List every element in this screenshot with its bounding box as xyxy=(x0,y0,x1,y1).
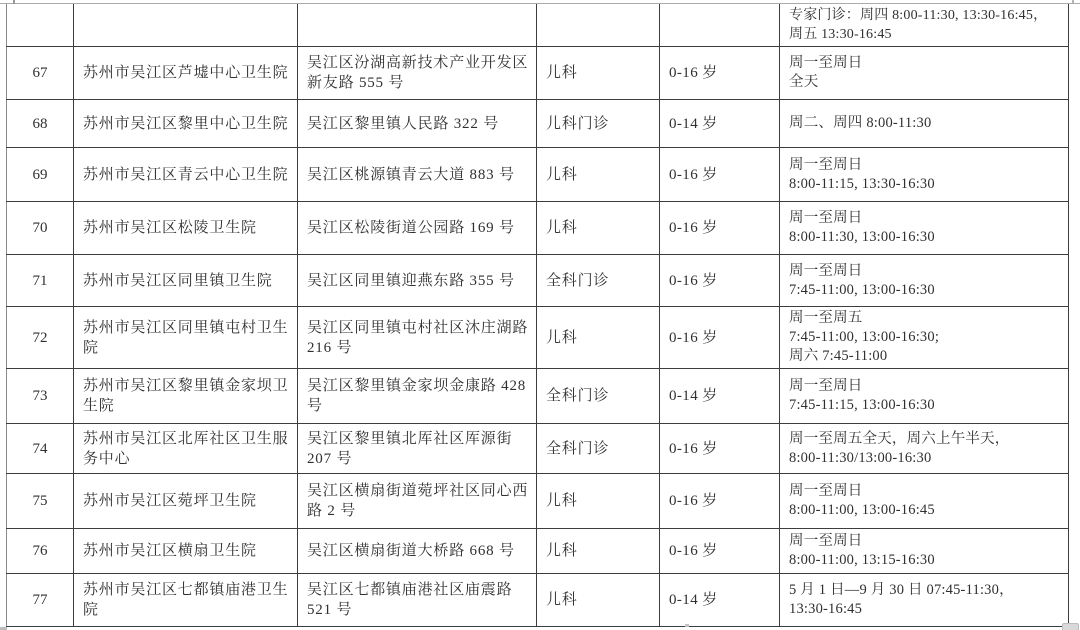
cell-department: 儿科 xyxy=(537,202,660,255)
cell-department: 儿科 xyxy=(537,574,660,627)
cell-department: 全科门诊 xyxy=(537,369,660,424)
cell-schedule: 周一至周五 7:45-11:00, 13:00-16:30; 周六 7:45-1… xyxy=(780,307,1069,369)
cell-hospital-name: 苏州市吴江区黎里中心卫生院 xyxy=(74,100,298,148)
cell-row-number: 76 xyxy=(7,529,74,574)
crop-edge-line xyxy=(0,3,1080,4)
cell-row-number: 70 xyxy=(7,202,74,255)
cell-schedule: 5 月 1 日—9 月 30 日 07:45-11:30， 13:30-16:4… xyxy=(780,574,1069,627)
cell-age-range: 0-14 岁 xyxy=(660,574,780,627)
cell-address: 吴江区七都镇庙港社区庙震路 521 号 xyxy=(298,574,537,627)
cell-row-number: 74 xyxy=(7,424,74,474)
cell-hospital-name: 苏州市吴江区横扇卫生院 xyxy=(74,529,298,574)
cell-schedule: 周一至周日 7:45-11:15, 13:00-16:30 xyxy=(780,369,1069,424)
cell-hospital-name: 苏州市吴江区同里镇卫生院 xyxy=(74,255,298,307)
cell-schedule: 周一至周日 8:00-11:00, 13:15-16:30 xyxy=(780,529,1069,574)
cell-department: 全科门诊 xyxy=(537,255,660,307)
cell-row-number: 73 xyxy=(7,369,74,424)
table-row-partial: 专家门诊：周四 8:00-11:30, 13:30-16:45， 周五 13:3… xyxy=(7,4,1069,47)
clinic-schedule-table: 专家门诊：周四 8:00-11:30, 13:30-16:45， 周五 13:3… xyxy=(6,4,1069,627)
cell-department: 儿科 xyxy=(537,148,660,202)
table-row: 68 苏州市吴江区黎里中心卫生院 吴江区黎里镇人民路 322 号 儿科门诊 0-… xyxy=(7,100,1069,148)
cell-department: 儿科 xyxy=(537,47,660,100)
cell-age-range: 0-16 岁 xyxy=(660,529,780,574)
cell-hospital-name: 苏州市吴江区菀坪卫生院 xyxy=(74,474,298,529)
table-row: 73 苏州市吴江区黎里镇金家坝卫 生院 吴江区黎里镇金家坝金康路 428 号 全… xyxy=(7,369,1069,424)
cell-hospital-name: 苏州市吴江区北厍社区卫生服 务中心 xyxy=(74,424,298,474)
cell-age-range: 0-16 岁 xyxy=(660,202,780,255)
cell-row-number: 71 xyxy=(7,255,74,307)
table-row: 76 苏州市吴江区横扇卫生院 吴江区横扇街道大桥路 668 号 儿科 0-16 … xyxy=(7,529,1069,574)
cell-empty xyxy=(660,4,780,47)
cell-department: 全科门诊 xyxy=(537,424,660,474)
cell-hospital-name: 苏州市吴江区黎里镇金家坝卫 生院 xyxy=(74,369,298,424)
scrollbar-corner xyxy=(1062,623,1079,630)
cell-empty xyxy=(298,4,537,47)
cell-address: 吴江区横扇街道菀坪社区同心西 路 2 号 xyxy=(298,474,537,529)
cell-empty xyxy=(7,4,74,47)
table-row: 71 苏州市吴江区同里镇卫生院 吴江区同里镇迎燕东路 355 号 全科门诊 0-… xyxy=(7,255,1069,307)
cell-age-range: 0-16 岁 xyxy=(660,424,780,474)
crop-notch xyxy=(13,0,15,4)
cell-age-range: 0-14 岁 xyxy=(660,369,780,424)
crop-tick-bottom-middle xyxy=(685,624,689,627)
cell-address: 吴江区汾湖高新技术产业开发区 新友路 555 号 xyxy=(298,47,537,100)
table-row: 67 苏州市吴江区芦墟中心卫生院 吴江区汾湖高新技术产业开发区 新友路 555 … xyxy=(7,47,1069,100)
cell-hospital-name: 苏州市吴江区青云中心卫生院 xyxy=(74,148,298,202)
cell-schedule: 周一至周日 8:00-11:00, 13:00-16:45 xyxy=(780,474,1069,529)
cell-age-range: 0-16 岁 xyxy=(660,474,780,529)
cell-hospital-name: 苏州市吴江区七都镇庙港卫生 院 xyxy=(74,574,298,627)
cell-address: 吴江区桃源镇青云大道 883 号 xyxy=(298,148,537,202)
cell-row-number: 69 xyxy=(7,148,74,202)
document-page: 专家门诊：周四 8:00-11:30, 13:30-16:45， 周五 13:3… xyxy=(0,0,1080,630)
cell-age-range: 0-16 岁 xyxy=(660,148,780,202)
table-row: 77 苏州市吴江区七都镇庙港卫生 院 吴江区七都镇庙港社区庙震路 521 号 儿… xyxy=(7,574,1069,627)
cell-schedule: 周一至周日 8:00-11:30, 13:00-16:30 xyxy=(780,202,1069,255)
table-row: 72 苏州市吴江区同里镇屯村卫生 院 吴江区同里镇屯村社区沐庄湖路 216 号 … xyxy=(7,307,1069,369)
cell-schedule: 周一至周日 7:45-11:00, 13:00-16:30 xyxy=(780,255,1069,307)
cell-empty xyxy=(537,4,660,47)
cell-age-range: 0-16 岁 xyxy=(660,47,780,100)
cell-department: 儿科 xyxy=(537,307,660,369)
cell-empty xyxy=(74,4,298,47)
cell-row-number: 75 xyxy=(7,474,74,529)
table-row: 70 苏州市吴江区松陵卫生院 吴江区松陵街道公园路 169 号 儿科 0-16 … xyxy=(7,202,1069,255)
cell-address: 吴江区黎里镇金家坝金康路 428 号 xyxy=(298,369,537,424)
table-row: 74 苏州市吴江区北厍社区卫生服 务中心 吴江区黎里镇北厍社区厍源街 207 号… xyxy=(7,424,1069,474)
cell-row-number: 68 xyxy=(7,100,74,148)
cell-hospital-name: 苏州市吴江区松陵卫生院 xyxy=(74,202,298,255)
cell-address: 吴江区横扇街道大桥路 668 号 xyxy=(298,529,537,574)
cell-schedule: 周一至周日 全天 xyxy=(780,47,1069,100)
cell-age-range: 0-16 岁 xyxy=(660,307,780,369)
cell-department: 儿科 xyxy=(537,529,660,574)
cell-schedule: 周一至周日 8:00-11:15, 13:30-16:30 xyxy=(780,148,1069,202)
table-row: 69 苏州市吴江区青云中心卫生院 吴江区桃源镇青云大道 883 号 儿科 0-1… xyxy=(7,148,1069,202)
cell-row-number: 67 xyxy=(7,47,74,100)
cell-age-range: 0-16 岁 xyxy=(660,255,780,307)
cell-schedule: 周一至周五全天，周六上午半天， 8:00-11:30/13:00-16:30 xyxy=(780,424,1069,474)
cell-address: 吴江区同里镇迎燕东路 355 号 xyxy=(298,255,537,307)
table-row: 75 苏州市吴江区菀坪卫生院 吴江区横扇街道菀坪社区同心西 路 2 号 儿科 0… xyxy=(7,474,1069,529)
cell-age-range: 0-14 岁 xyxy=(660,100,780,148)
cell-address: 吴江区黎里镇北厍社区厍源街 207 号 xyxy=(298,424,537,474)
cell-address: 吴江区黎里镇人民路 322 号 xyxy=(298,100,537,148)
cell-row-number: 72 xyxy=(7,307,74,369)
cell-department: 儿科门诊 xyxy=(537,100,660,148)
cell-schedule: 专家门诊：周四 8:00-11:30, 13:30-16:45， 周五 13:3… xyxy=(780,4,1069,47)
cell-row-number: 77 xyxy=(7,574,74,627)
cell-hospital-name: 苏州市吴江区同里镇屯村卫生 院 xyxy=(74,307,298,369)
cell-department: 儿科 xyxy=(537,474,660,529)
cell-address: 吴江区同里镇屯村社区沐庄湖路 216 号 xyxy=(298,307,537,369)
cell-address: 吴江区松陵街道公园路 169 号 xyxy=(298,202,537,255)
crop-tick-top-right xyxy=(1072,0,1074,3)
cell-hospital-name: 苏州市吴江区芦墟中心卫生院 xyxy=(74,47,298,100)
cell-schedule: 周二、周四 8:00-11:30 xyxy=(780,100,1069,148)
